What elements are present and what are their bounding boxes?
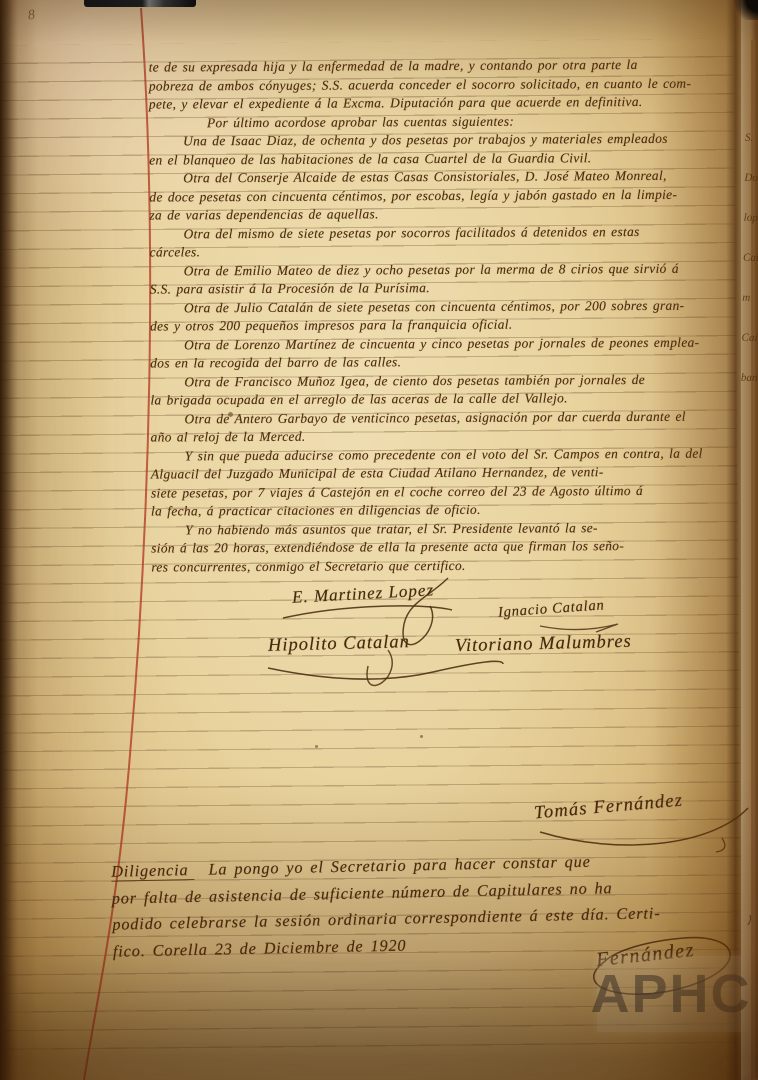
text-fragment: Don — [744, 158, 758, 199]
manuscript-line: pobreza de ambos cónyuges; S.S. acuerda … — [149, 74, 741, 96]
manuscript-line: Otra de Julio Catalán de siete pesetas c… — [150, 296, 742, 318]
manuscript-line: Otra del Conserje Alcaide de estas Casas… — [149, 166, 741, 188]
text-fragment: S. — [745, 118, 758, 159]
manuscript-line: Otra de Antero Garbayo de venticinco pes… — [150, 407, 742, 429]
text-fragment: Cai — [741, 318, 758, 359]
aphc-watermark-text: APHC — [591, 963, 752, 1025]
manuscript-line: res concurrentes, conmigo el Secretario … — [151, 555, 743, 577]
diligencia-line-1: La pongo yo el Secretario para hacer con… — [208, 853, 591, 879]
signature-hipolito-catalan: Hipolito Catalan — [268, 632, 410, 657]
page-number: 8 — [27, 8, 36, 25]
manuscript-body: te de su expresada hija y la enfermedad … — [149, 55, 744, 576]
diligencia-heading: Diligencia — [111, 861, 195, 882]
text-fragment: lop — [743, 198, 758, 239]
binding-gutter-shadow — [0, 0, 18, 1080]
manuscript-line: Otra de Emilio Mateo de diez y ocho pese… — [150, 259, 742, 281]
manuscript-line: Una de Isaac Diaz, de ochenta y dos pese… — [149, 129, 741, 151]
text-fragment: ban — [741, 358, 758, 399]
adjacent-page-text-fragments: S.DonlopCaimCaiban — [741, 118, 758, 398]
dark-corner-top-right — [732, 0, 758, 20]
manuscript-line: Otra de Lorenzo Martínez de cincuenta y … — [150, 333, 742, 355]
text-fragment: m — [742, 278, 758, 319]
ink-speck — [315, 745, 318, 748]
aphc-watermark: APHC — [597, 956, 745, 1032]
manuscript-line: Y sin que pueda aducirse como precedente… — [151, 444, 743, 466]
binding-clip — [84, 0, 196, 7]
ink-speck — [420, 735, 423, 738]
manuscript-page-photo: S.DonlopCaimCaiban 8 te de su expresada … — [0, 0, 758, 1080]
manuscript-line: de doce pesetas con cincuenta céntimos, … — [149, 185, 741, 207]
text-fragment: Cai — [743, 238, 758, 279]
